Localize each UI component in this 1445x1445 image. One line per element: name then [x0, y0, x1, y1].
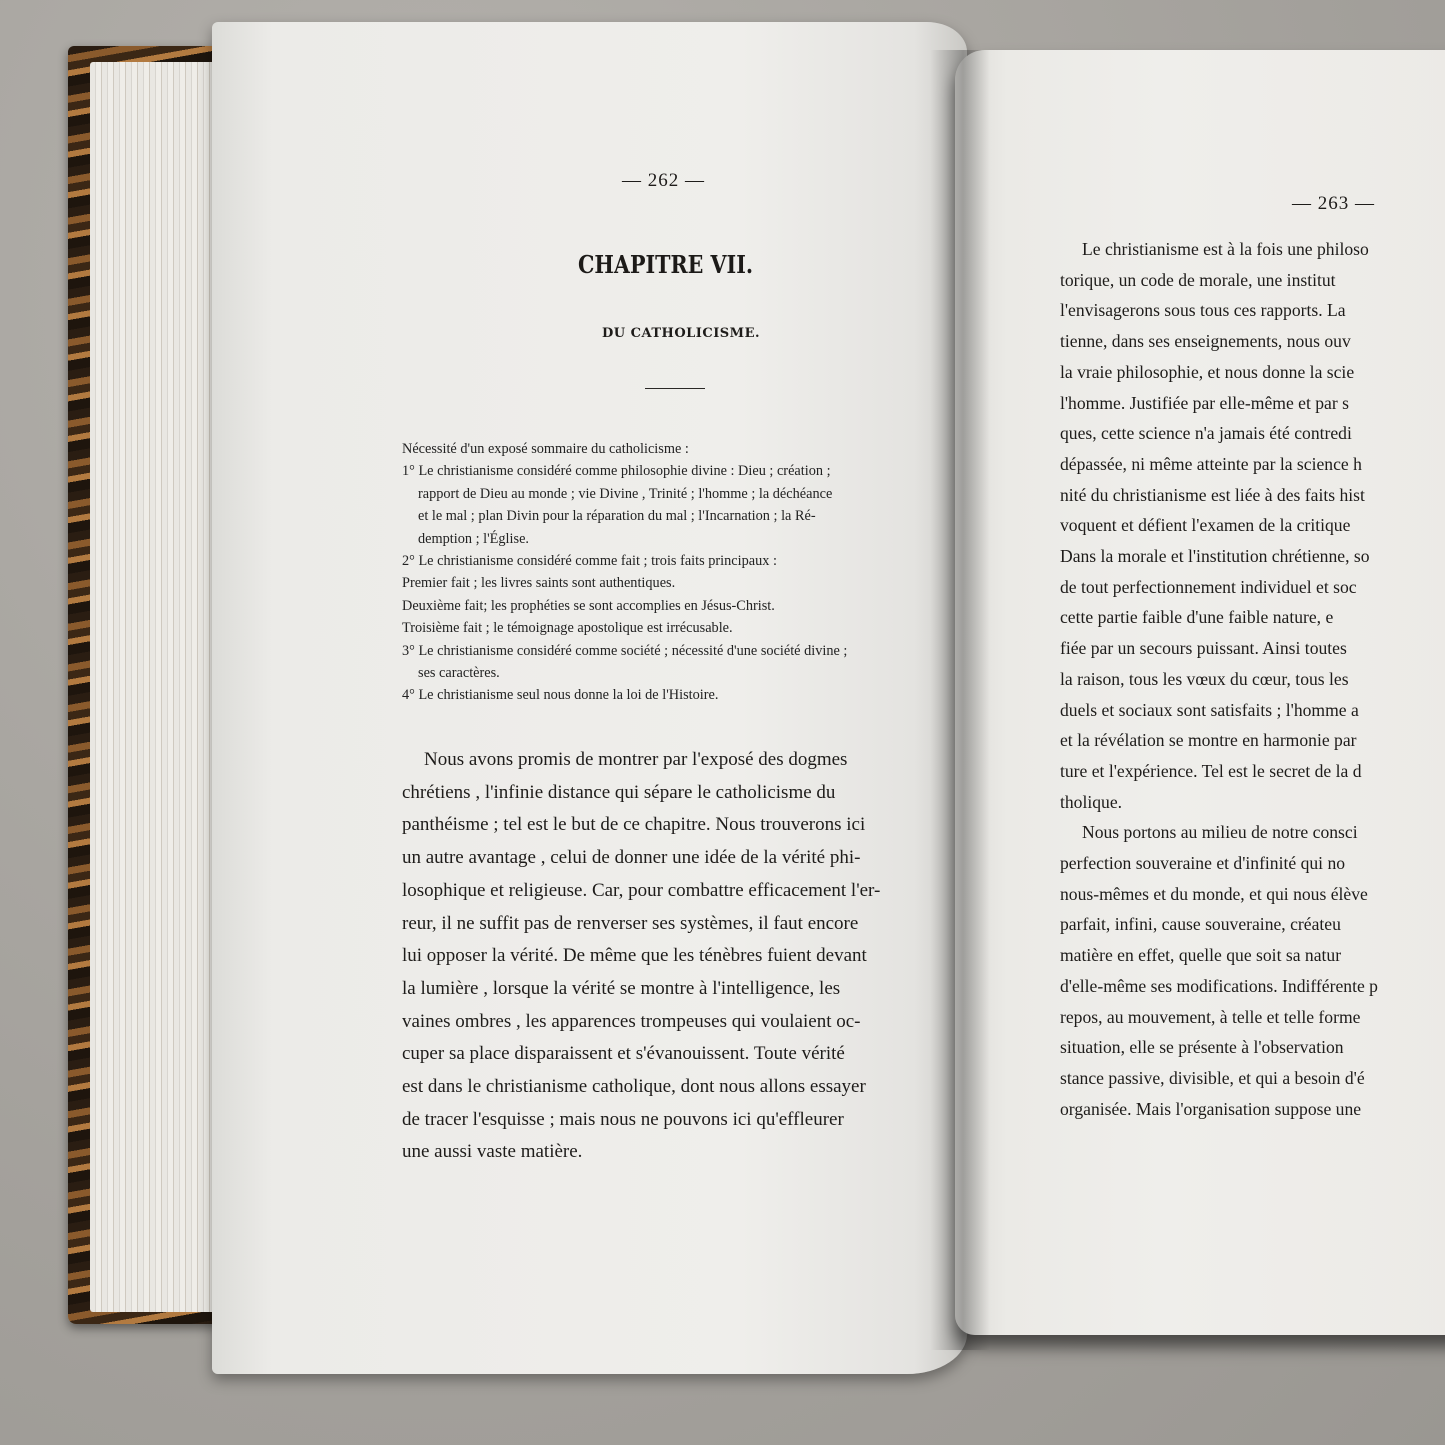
summary-line: Nécessité d'un exposé sommaire du cathol… — [402, 438, 930, 460]
body-line: nous-mêmes et du monde, et qui nous élèv… — [1060, 879, 1445, 910]
body-line: Dans la morale et l'institution chrétien… — [1060, 541, 1445, 572]
body-line: lui opposer la vérité. De même que les t… — [402, 940, 928, 973]
summary-line: Premier fait ; les livres saints sont au… — [402, 572, 930, 594]
summary-line: 3° Le christianisme considéré comme soci… — [402, 640, 930, 662]
body-line: Le christianisme est à la fois une philo… — [1060, 234, 1445, 265]
body-line: ques, cette science n'a jamais été contr… — [1060, 418, 1445, 449]
body-line: stance passive, divisible, et qui a beso… — [1060, 1063, 1445, 1094]
body-line: un autre avantage , celui de donner une … — [402, 842, 928, 875]
chapter-subtitle: DU CATHOLICISME. — [602, 326, 760, 341]
body-line: la vraie philosophie, et nous donne la s… — [1060, 357, 1445, 388]
body-line: cuper sa place disparaissent et s'évanou… — [402, 1038, 928, 1071]
summary-line: 1° Le christianisme considéré comme phil… — [402, 460, 930, 482]
body-line: de tracer l'esquisse ; mais nous ne pouv… — [402, 1104, 928, 1137]
summary-line: 4° Le christianisme seul nous donne la l… — [402, 684, 930, 706]
body-line: fiée par un secours puissant. Ainsi tout… — [1060, 633, 1445, 664]
summary-line: Deuxième fait; les prophéties se sont ac… — [402, 595, 930, 617]
body-line: et la révélation se montre en harmonie p… — [1060, 725, 1445, 756]
summary-line: demption ; l'Église. — [402, 528, 930, 550]
body-line: parfait, infini, cause souveraine, créat… — [1060, 909, 1445, 940]
summary-line: 2° Le christianisme considéré comme fait… — [402, 550, 930, 572]
page-number-right: — 263 — — [1292, 193, 1375, 215]
chapter-summary: Nécessité d'un exposé sommaire du cathol… — [402, 438, 930, 707]
body-line: d'elle-même ses modifications. Indiffére… — [1060, 971, 1445, 1002]
body-line: chrétiens , l'infinie distance qui sépar… — [402, 777, 928, 810]
body-line: tholique. — [1060, 787, 1445, 818]
chapter-title: CHAPITRE VII. — [578, 250, 753, 279]
body-line: Nous avons promis de montrer par l'expos… — [402, 744, 928, 777]
body-line: vaines ombres , les apparences trompeuse… — [402, 1006, 928, 1039]
page-number-left: — 262 — — [622, 170, 705, 192]
body-line: repos, au mouvement, à telle et telle fo… — [1060, 1002, 1445, 1033]
body-line: panthéisme ; tel est le but de ce chapit… — [402, 809, 928, 842]
body-line: voquent et défient l'examen de la critiq… — [1060, 510, 1445, 541]
summary-line: et le mal ; plan Divin pour la réparatio… — [402, 505, 930, 527]
body-line: torique, un code de morale, une institut — [1060, 265, 1445, 296]
summary-line: ses caractères. — [402, 662, 930, 684]
body-line: ture et l'expérience. Tel est le secret … — [1060, 756, 1445, 787]
body-line: nité du christianisme est liée à des fai… — [1060, 480, 1445, 511]
body-line: organisée. Mais l'organisation suppose u… — [1060, 1094, 1445, 1125]
body-line: situation, elle se présente à l'observat… — [1060, 1032, 1445, 1063]
body-line: matière en effet, quelle que soit sa nat… — [1060, 940, 1445, 971]
left-page-body: Nous avons promis de montrer par l'expos… — [402, 744, 928, 1169]
body-line: de tout perfectionnement individuel et s… — [1060, 572, 1445, 603]
body-line: la lumière , lorsque la vérité se montre… — [402, 973, 928, 1006]
body-line: l'envisagerons sous tous ces rapports. L… — [1060, 295, 1445, 326]
body-line: cette partie faible d'une faible nature,… — [1060, 602, 1445, 633]
body-line: une aussi vaste matière. — [402, 1136, 928, 1169]
body-line: duels et sociaux sont satisfaits ; l'hom… — [1060, 695, 1445, 726]
summary-line: Troisième fait ; le témoignage apostoliq… — [402, 617, 930, 639]
body-line: perfection souveraine et d'infinité qui … — [1060, 848, 1445, 879]
body-line: la raison, tous les vœux du cœur, tous l… — [1060, 664, 1445, 695]
body-line: Nous portons au milieu de notre consci — [1060, 817, 1445, 848]
divider-rule — [645, 388, 705, 389]
summary-line: rapport de Dieu au monde ; vie Divine , … — [402, 483, 930, 505]
right-page-body: Le christianisme est à la fois une philo… — [1060, 234, 1445, 1124]
body-line: l'homme. Justifiée par elle-même et par … — [1060, 388, 1445, 419]
body-line: dépassée, ni même atteinte par la scienc… — [1060, 449, 1445, 480]
body-line: est dans le christianisme catholique, do… — [402, 1071, 928, 1104]
book-gutter-shadow — [930, 50, 990, 1350]
body-line: reur, il ne suffit pas de renverser ses … — [402, 908, 928, 941]
body-line: tienne, dans ses enseignements, nous ouv — [1060, 326, 1445, 357]
body-line: losophique et religieuse. Car, pour comb… — [402, 875, 928, 908]
